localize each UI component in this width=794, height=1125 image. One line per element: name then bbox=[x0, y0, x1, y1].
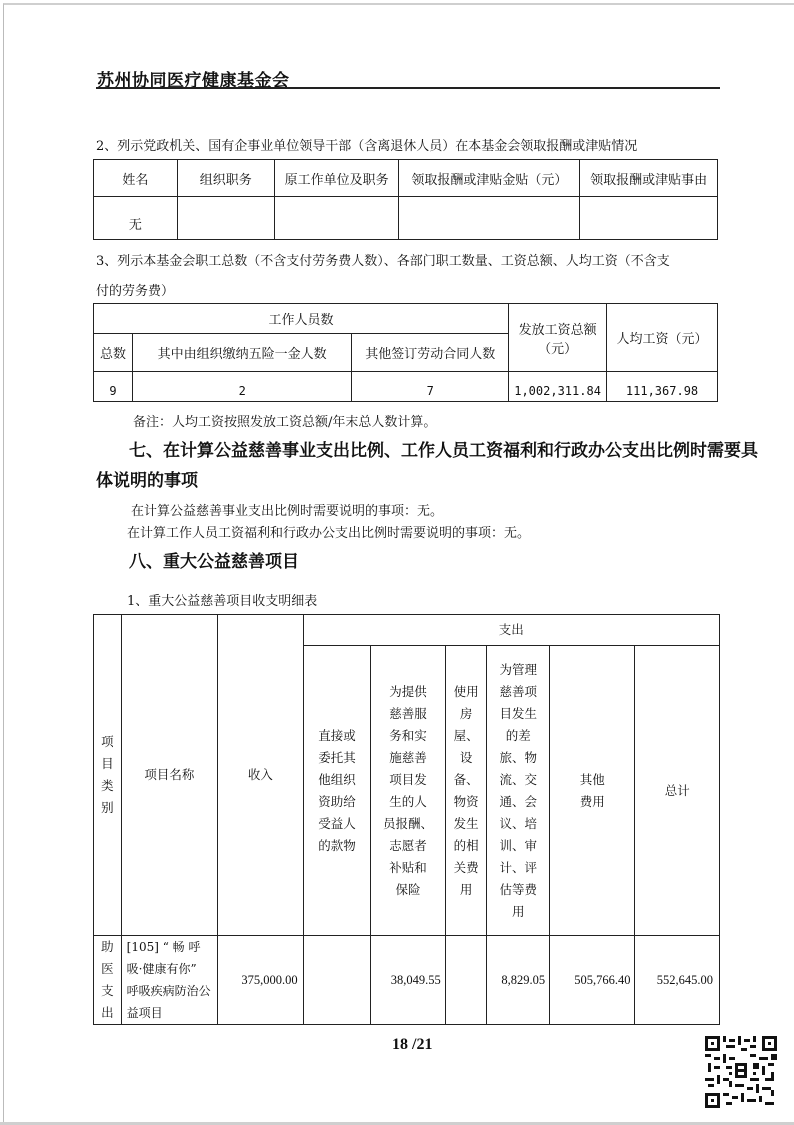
line: 为提供 bbox=[371, 681, 445, 703]
line: [105] “ 畅 呼 bbox=[127, 936, 218, 958]
col-header: 领取报酬或津贴事由 bbox=[580, 160, 718, 197]
cell-direct-aid bbox=[303, 936, 371, 1025]
line: 议、培 bbox=[487, 813, 549, 835]
page-number: 18 /21 bbox=[392, 1036, 432, 1054]
line: 物资 bbox=[446, 791, 487, 813]
line: 屋、 bbox=[446, 725, 487, 747]
section7-para1: 在计算公益慈善事业支出比例时需要说明的事项：无。 bbox=[131, 500, 443, 519]
cell-total: 552,645.00 bbox=[635, 936, 720, 1025]
col-header: 组织职务 bbox=[177, 160, 274, 197]
line: 通、会 bbox=[487, 791, 549, 813]
char: 医 bbox=[94, 958, 121, 980]
section7-heading-line2: 体说明的事项 bbox=[96, 466, 198, 491]
section3-note: 备注：人均工资按照发放工资总额/年末总人数计算。 bbox=[133, 411, 436, 430]
cell-insured: 2 bbox=[132, 372, 352, 402]
line: 目发生 bbox=[487, 703, 549, 725]
cell-facility-costs bbox=[445, 936, 487, 1025]
line: 为管理 bbox=[487, 659, 549, 681]
line: 的款物 bbox=[304, 835, 371, 857]
cell: 无 bbox=[94, 197, 178, 240]
col-header: 其中由组织缴纳五险一金人数 bbox=[132, 334, 352, 372]
line: 直接或 bbox=[304, 725, 371, 747]
line: 旅、物 bbox=[487, 747, 549, 769]
line: 保险 bbox=[371, 879, 445, 901]
section8-subheading: 1、重大公益慈善项目收支明细表 bbox=[127, 590, 317, 609]
line: 其他 bbox=[550, 769, 634, 791]
line: 计、评 bbox=[487, 857, 549, 879]
line: 用 bbox=[446, 879, 487, 901]
char: 别 bbox=[94, 797, 121, 819]
table-row: 9 2 7 1,002,311.84 111,367.98 bbox=[94, 372, 718, 402]
cell bbox=[399, 197, 580, 240]
cell-income: 375,000.00 bbox=[218, 936, 303, 1025]
line: 资助给 bbox=[304, 791, 371, 813]
line: 估等费 bbox=[487, 879, 549, 901]
line: 费用 bbox=[550, 791, 634, 813]
table-row: 无 bbox=[94, 197, 718, 240]
line: 生的人 bbox=[371, 791, 445, 813]
line: 项目发 bbox=[371, 769, 445, 791]
section2-heading: 2、列示党政机关、国有企事业单位领导干部（含离退休人员）在本基金会领取报酬或津贴… bbox=[96, 135, 637, 154]
line: 备、 bbox=[446, 769, 487, 791]
line: 关费 bbox=[446, 857, 487, 879]
line: 他组织 bbox=[304, 769, 371, 791]
cell-category: 助 医 支 出 bbox=[94, 936, 122, 1025]
char: 类 bbox=[94, 775, 121, 797]
cell-other-costs: 505,766.40 bbox=[550, 936, 635, 1025]
col-header-direct-aid: 直接或 委托其 他组织 资助给 受益人 的款物 bbox=[303, 646, 371, 936]
section7-heading-line1: 七、在计算公益慈善事业支出比例、工作人员工资福利和行政办公支出比例时需要具 bbox=[129, 436, 758, 461]
cell bbox=[274, 197, 399, 240]
line: 发生 bbox=[446, 813, 487, 835]
col-header: 总数 bbox=[94, 334, 133, 372]
section3-heading-line2: 付的劳务费） bbox=[96, 280, 174, 299]
char: 助 bbox=[94, 936, 121, 958]
line: 训、审 bbox=[487, 835, 549, 857]
staff-salary-table: 工作人员数 发放工资总额 （元） 人均工资（元） 总数 其中由组织缴纳五险一金人… bbox=[93, 303, 718, 402]
section3-heading-line1: 3、列示本基金会职工总数（不含支付劳务费人数）、各部门职工数量、工资总额、人均工… bbox=[96, 250, 670, 269]
line: 使用 bbox=[446, 681, 487, 703]
line: 吸·健康有你” bbox=[127, 958, 218, 980]
col-header-other-costs: 其他 费用 bbox=[550, 646, 635, 936]
line: 委托其 bbox=[304, 747, 371, 769]
col-header: 领取报酬或津贴金贴（元） bbox=[399, 160, 580, 197]
total-salary-header-line2: （元） bbox=[509, 338, 606, 357]
line: 员报酬、 bbox=[371, 813, 445, 835]
qr-code-icon bbox=[705, 1036, 777, 1108]
total-salary-header: 发放工资总额 （元） bbox=[509, 304, 607, 372]
cell-total-salary: 1,002,311.84 bbox=[509, 372, 607, 402]
char: 出 bbox=[94, 1002, 121, 1024]
leaders-compensation-table: 姓名 组织职务 原工作单位及职务 领取报酬或津贴金贴（元） 领取报酬或津贴事由 … bbox=[93, 159, 718, 240]
col-header-name: 项目名称 bbox=[121, 615, 218, 936]
table-header-row: 工作人员数 发放工资总额 （元） 人均工资（元） bbox=[94, 304, 718, 334]
col-header-expense-group: 支出 bbox=[303, 615, 719, 646]
char: 支 bbox=[94, 980, 121, 1002]
line: 补贴和 bbox=[371, 857, 445, 879]
col-header: 其他签订劳动合同人数 bbox=[352, 334, 509, 372]
line: 流、交 bbox=[487, 769, 549, 791]
cell-other-contract: 7 bbox=[352, 372, 509, 402]
line: 的差 bbox=[487, 725, 549, 747]
line: 受益人 bbox=[304, 813, 371, 835]
line: 房 bbox=[446, 703, 487, 725]
line: 施慈善 bbox=[371, 747, 445, 769]
col-header-category: 项 目 类 别 bbox=[94, 615, 122, 936]
cell-project-name: [105] “ 畅 呼 吸·健康有你” 呼吸疾病防治公 益项目 bbox=[121, 936, 218, 1025]
cell-avg-salary: 111,367.98 bbox=[607, 372, 718, 402]
col-header-total: 总计 bbox=[635, 646, 720, 936]
line: 慈善服 bbox=[371, 703, 445, 725]
cell-management-costs: 8,829.05 bbox=[487, 936, 550, 1025]
total-salary-header-line1: 发放工资总额 bbox=[509, 319, 606, 338]
col-header: 姓名 bbox=[94, 160, 178, 197]
line: 务和实 bbox=[371, 725, 445, 747]
staff-count-group-header: 工作人员数 bbox=[94, 304, 509, 334]
table-header-row: 项 目 类 别 项目名称 收入 支出 bbox=[94, 615, 720, 646]
header-rule bbox=[96, 87, 720, 89]
line: 设 bbox=[446, 747, 487, 769]
cell bbox=[177, 197, 274, 240]
line: 益项目 bbox=[127, 1002, 218, 1024]
table-row: 助 医 支 出 [105] “ 畅 呼 吸·健康有你” 呼吸疾病防治公 益项目 … bbox=[94, 936, 720, 1025]
line: 用 bbox=[487, 901, 549, 923]
char: 目 bbox=[94, 753, 121, 775]
section8-heading: 八、重大公益慈善项目 bbox=[129, 547, 299, 572]
line: 慈善项 bbox=[487, 681, 549, 703]
line: 呼吸疾病防治公 bbox=[127, 980, 218, 1002]
cell-total: 9 bbox=[94, 372, 133, 402]
cell-staff-costs: 38,049.55 bbox=[371, 936, 446, 1025]
col-header-income: 收入 bbox=[218, 615, 303, 936]
col-header-management-costs: 为管理 慈善项 目发生 的差 旅、物 流、交 通、会 议、培 训、审 计、评 估… bbox=[487, 646, 550, 936]
major-projects-table: 项 目 类 别 项目名称 收入 支出 直接或 委托其 他组织 资助给 受益人 的… bbox=[93, 614, 720, 1025]
table-header-row: 姓名 组织职务 原工作单位及职务 领取报酬或津贴金贴（元） 领取报酬或津贴事由 bbox=[94, 160, 718, 197]
char: 项 bbox=[94, 731, 121, 753]
col-header: 原工作单位及职务 bbox=[274, 160, 399, 197]
col-header-facility-costs: 使用 房 屋、 设 备、 物资 发生 的相 关费 用 bbox=[445, 646, 487, 936]
line: 志愿者 bbox=[371, 835, 445, 857]
avg-salary-header: 人均工资（元） bbox=[607, 304, 718, 372]
line: 的相 bbox=[446, 835, 487, 857]
col-header-staff-costs: 为提供 慈善服 务和实 施慈善 项目发 生的人 员报酬、 志愿者 补贴和 保险 bbox=[371, 646, 446, 936]
cell bbox=[580, 197, 718, 240]
section7-para2: 在计算工作人员工资福利和行政办公支出比例时需要说明的事项：无。 bbox=[127, 522, 530, 541]
